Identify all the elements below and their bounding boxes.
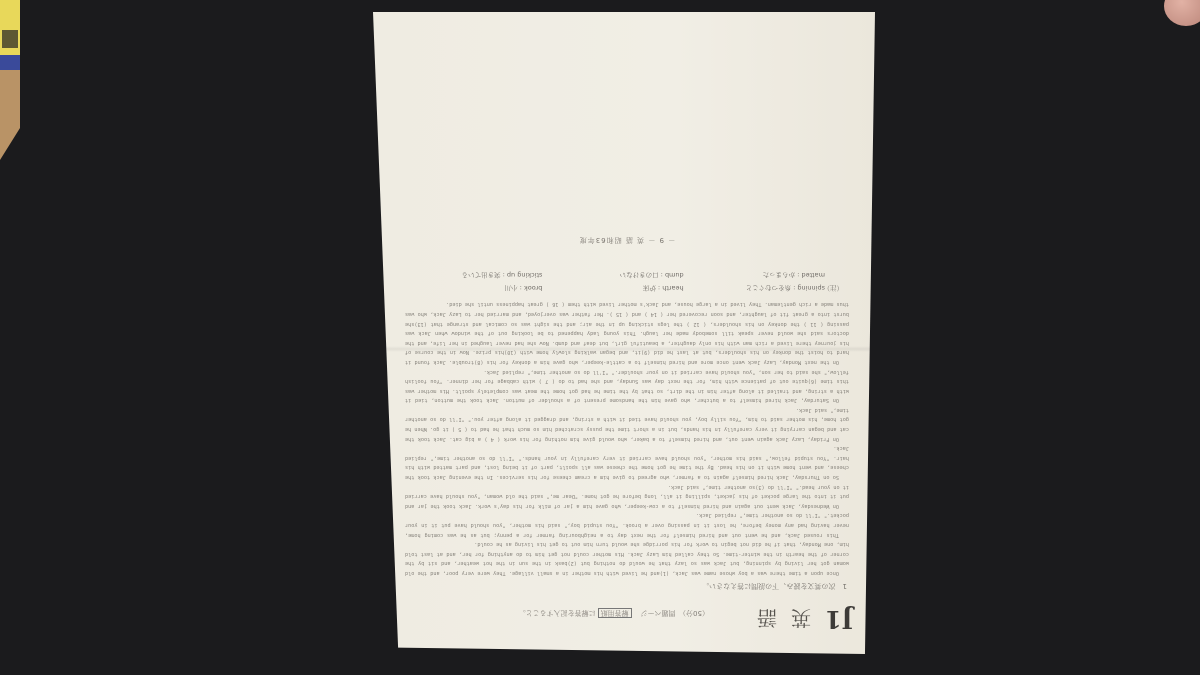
book-cover-title-mark [2,30,18,48]
passage-paragraph: This roused Jack, and he went out and hi… [405,510,849,539]
background-finger [1164,0,1200,26]
answer-sheet-box: 解答用紙 [598,608,632,618]
question-title: 1 次の英文を読み、下の設問に答えなさい。 [401,581,847,591]
exam-code: J1 [825,605,853,634]
exam-paper: J1 英語 （50分） 問題ページ 解答用紙に解答を記入すること。 1 次の英文… [373,12,875,654]
instruction-prefix: （50分） 問題ページ [634,609,709,617]
glossary-item: sticking up : 突き出ている [401,271,542,280]
glossary-marker: （注） [825,284,843,293]
glossary: （注） spinning : 糸をつむぐこと hearth : 炉床 brook… [401,271,843,293]
passage-paragraph: So on Thursday, Jack hired himself again… [405,443,849,481]
page-footer: － 9 － 英 語 昭和63年度 [401,235,853,245]
glossary-item: spinning : 糸をつむぐこと [684,284,825,293]
passage-paragraph: On the next Monday, Lazy Jack went once … [405,299,849,366]
passage-paragraph: On Wednesday, Jack went out again and hi… [405,481,849,510]
passage-paragraph: On Saturday, Jack hired himself to a but… [405,366,849,404]
exam-subject: 英語 [743,605,811,634]
instruction-suffix: に解答を記入すること。 [519,609,596,617]
exam-instructions: （50分） 問題ページ 解答用紙に解答を記入すること。 [519,608,709,618]
background-book-cover [0,0,20,160]
passage-paragraph: Once upon a time there was a boy whose n… [405,539,849,577]
passage-paragraph: On Friday, Lazy Jack again went out, and… [405,404,849,442]
glossary-item: dumb : 口のきけない [542,271,683,280]
exam-header: J1 英語 （50分） 問題ページ 解答用紙に解答を記入すること。 [401,605,853,634]
paper-content-upside-down: J1 英語 （50分） 問題ページ 解答用紙に解答を記入すること。 1 次の英文… [401,30,853,642]
glossary-item: brook : 小川 [401,284,542,293]
glossary-item: matted : からまった [684,271,825,280]
glossary-item: hearth : 炉床 [542,284,683,293]
story-passage: Once upon a time there was a boy whose n… [405,299,849,577]
